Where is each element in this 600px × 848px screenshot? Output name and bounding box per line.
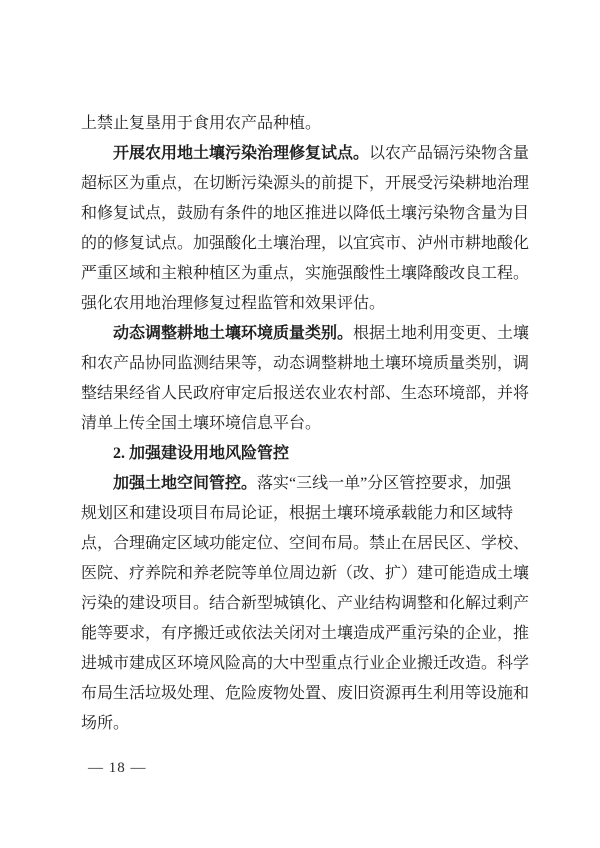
text-segment: 场所。 xyxy=(81,715,129,732)
text-line: 清单上传全国土壤环境信息平台。 xyxy=(81,409,531,439)
text-segment: 点，合理确定区域功能定位、空间布局。禁止在居民区、学校、 xyxy=(81,535,529,552)
text-line: 强化农用地治理修复过程监管和效果评估。 xyxy=(81,289,531,319)
text-segment: 规划区和建设项目布局论证，根据土壤环境承载能力和区域特 xyxy=(81,505,513,522)
text-line: 规划区和建设项目布局论证，根据土壤环境承载能力和区域特 xyxy=(81,499,531,529)
text-line: 2. 加强建设用地风险管控 xyxy=(81,439,531,469)
text-line: 上禁止复垦用于食用农产品种植。 xyxy=(81,109,531,139)
text-line: 和农产品协同监测结果等，动态调整耕地土壤环境质量类别，调 xyxy=(81,349,531,379)
text-line: 整结果经省人民政府审定后报送农业农村部、生态环境部，并将 xyxy=(81,379,531,409)
text-line: 进城市建成区环境风险高的大中型重点行业企业搬迁改造。科学 xyxy=(81,649,531,679)
text-line: 开展农用地土壤污染治理修复试点。以农产品镉污染物含量 xyxy=(81,139,531,169)
text-segment: 根据土地利用变更、土壤 xyxy=(353,325,529,342)
text-line: 医院、疗养院和养老院等单位周边新（改、扩）建可能造成土壤 xyxy=(81,559,531,589)
text-line: 和修复试点，鼓励有条件的地区推进以降低土壤污染物含量为目 xyxy=(81,199,531,229)
text-segment: 和农产品协同监测结果等，动态调整耕地土壤环境质量类别，调 xyxy=(81,355,529,372)
text-segment: 强化农用地治理修复过程监管和效果评估。 xyxy=(81,295,385,312)
text-line: 严重区域和主粮种植区为重点，实施强酸性土壤降酸改良工程。 xyxy=(81,259,531,289)
text-line: 动态调整耕地土壤环境质量类别。根据土地利用变更、土壤 xyxy=(81,319,531,349)
text-segment: 严重区域和主粮种植区为重点，实施强酸性土壤降酸改良工程。 xyxy=(81,265,529,282)
emphasis-text-segment: 加强土地空间管控。 xyxy=(113,475,257,492)
text-segment: 整结果经省人民政府审定后报送农业农村部、生态环境部，并将 xyxy=(81,385,529,402)
text-segment: 布局生活垃圾处理、危险废物处置、废旧资源再生利用等设施和 xyxy=(81,685,529,702)
text-segment: 能等要求，有序搬迁或依法关闭对土壤造成严重污染的企业，推 xyxy=(81,625,529,642)
document-body: 上禁止复垦用于食用农产品种植。开展农用地土壤污染治理修复试点。以农产品镉污染物含… xyxy=(81,109,531,739)
text-segment: 医院、疗养院和养老院等单位周边新（改、扩）建可能造成土壤 xyxy=(81,565,529,582)
text-segment: 以农产品镉污染物含量 xyxy=(369,145,529,162)
document-page: 上禁止复垦用于食用农产品种植。开展农用地土壤污染治理修复试点。以农产品镉污染物含… xyxy=(0,0,600,848)
text-line: 污染的建设项目。结合新型城镇化、产业结构调整和化解过剩产 xyxy=(81,589,531,619)
text-segment: 上禁止复垦用于食用农产品种植。 xyxy=(81,115,321,132)
text-segment: 和修复试点，鼓励有条件的地区推进以降低土壤污染物含量为目 xyxy=(81,205,529,222)
text-line: 超标区为重点，在切断污染源头的前提下，开展受污染耕地治理 xyxy=(81,169,531,199)
text-segment: 落实“三线一单”分区管控要求，加强 xyxy=(257,475,511,492)
text-line: 能等要求，有序搬迁或依法关闭对土壤造成严重污染的企业，推 xyxy=(81,619,531,649)
page-number: — 18 — xyxy=(88,756,147,780)
text-segment: 清单上传全国土壤环境信息平台。 xyxy=(81,415,321,432)
emphasis-text-segment: 开展农用地土壤污染治理修复试点。 xyxy=(113,145,369,162)
emphasis-text-segment: 动态调整耕地土壤环境质量类别。 xyxy=(113,325,353,342)
text-line: 场所。 xyxy=(81,709,531,739)
text-line: 点，合理确定区域功能定位、空间布局。禁止在居民区、学校、 xyxy=(81,529,531,559)
text-segment: 的的修复试点。加强酸化土壤治理，以宜宾市、泸州市耕地酸化 xyxy=(81,235,529,252)
text-line: 布局生活垃圾处理、危险废物处置、废旧资源再生利用等设施和 xyxy=(81,679,531,709)
text-segment: 超标区为重点，在切断污染源头的前提下，开展受污染耕地治理 xyxy=(81,175,529,192)
text-line: 的的修复试点。加强酸化土壤治理，以宜宾市、泸州市耕地酸化 xyxy=(81,229,531,259)
text-line: 加强土地空间管控。落实“三线一单”分区管控要求，加强 xyxy=(81,469,531,499)
text-segment: 污染的建设项目。结合新型城镇化、产业结构调整和化解过剩产 xyxy=(81,595,529,612)
emphasis-text-segment: 2. 加强建设用地风险管控 xyxy=(113,445,289,462)
text-segment: 进城市建成区环境风险高的大中型重点行业企业搬迁改造。科学 xyxy=(81,655,529,672)
